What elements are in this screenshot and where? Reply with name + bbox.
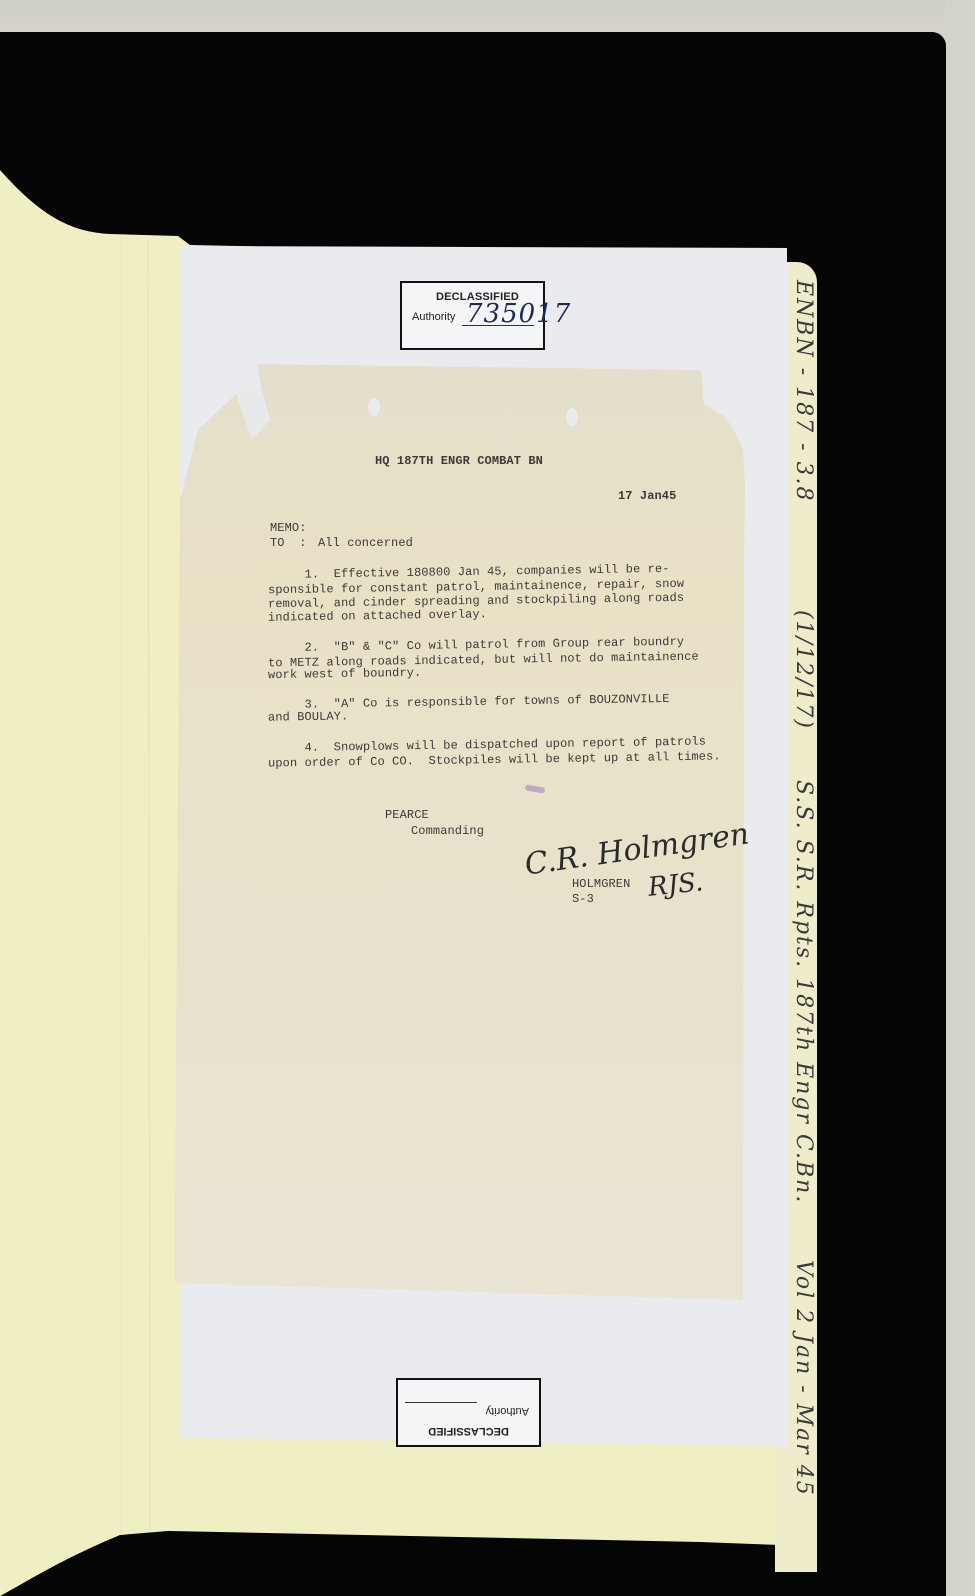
memo-label: MEMO:	[270, 521, 307, 535]
punch-hole-left	[368, 398, 380, 416]
tab-label-date: (1/12/17)	[791, 610, 816, 730]
memo-paragraph-2-line: work west of boundry.	[268, 666, 422, 682]
to-label: TO :	[270, 536, 307, 550]
tab-label-volume: Vol 2 Jan - Mar 45	[791, 1260, 816, 1497]
to-value: All concerned	[318, 536, 413, 550]
declassified-stamp-bottom: DECLASSIFIED Authority	[396, 1378, 541, 1447]
memo-date: 17 Jan45	[618, 489, 676, 503]
commander-name: PEARCE	[385, 808, 429, 822]
signer-title: S-3	[572, 892, 594, 906]
memo-paragraph-1-line: indicated on attached overlay.	[268, 607, 487, 624]
memo-paragraph-3-line: and BOULAY.	[268, 709, 349, 724]
stamp-title: DECLASSIFIED	[398, 1425, 539, 1437]
stamp-authority-label: Authority	[486, 1405, 529, 1417]
memo-paper	[0, 0, 975, 1596]
folder-tab-label: ENBN - 187 - 3.8 (1/12/17) S.S. S.R. Rpt…	[786, 280, 816, 1570]
handwritten-initials: RJS.	[647, 867, 705, 903]
stamp-authority-line	[405, 1402, 477, 1403]
tab-label-title: S.S. S.R. Rpts. 187th Engr C.Bn.	[791, 780, 816, 1204]
commander-title: Commanding	[411, 824, 484, 838]
memo-header: HQ 187TH ENGR COMBAT BN	[375, 454, 543, 468]
punch-hole-right	[566, 408, 578, 426]
tab-label-file-code: ENBN - 187 - 3.8	[791, 280, 816, 503]
signer-name: HOLMGREN	[572, 877, 630, 891]
